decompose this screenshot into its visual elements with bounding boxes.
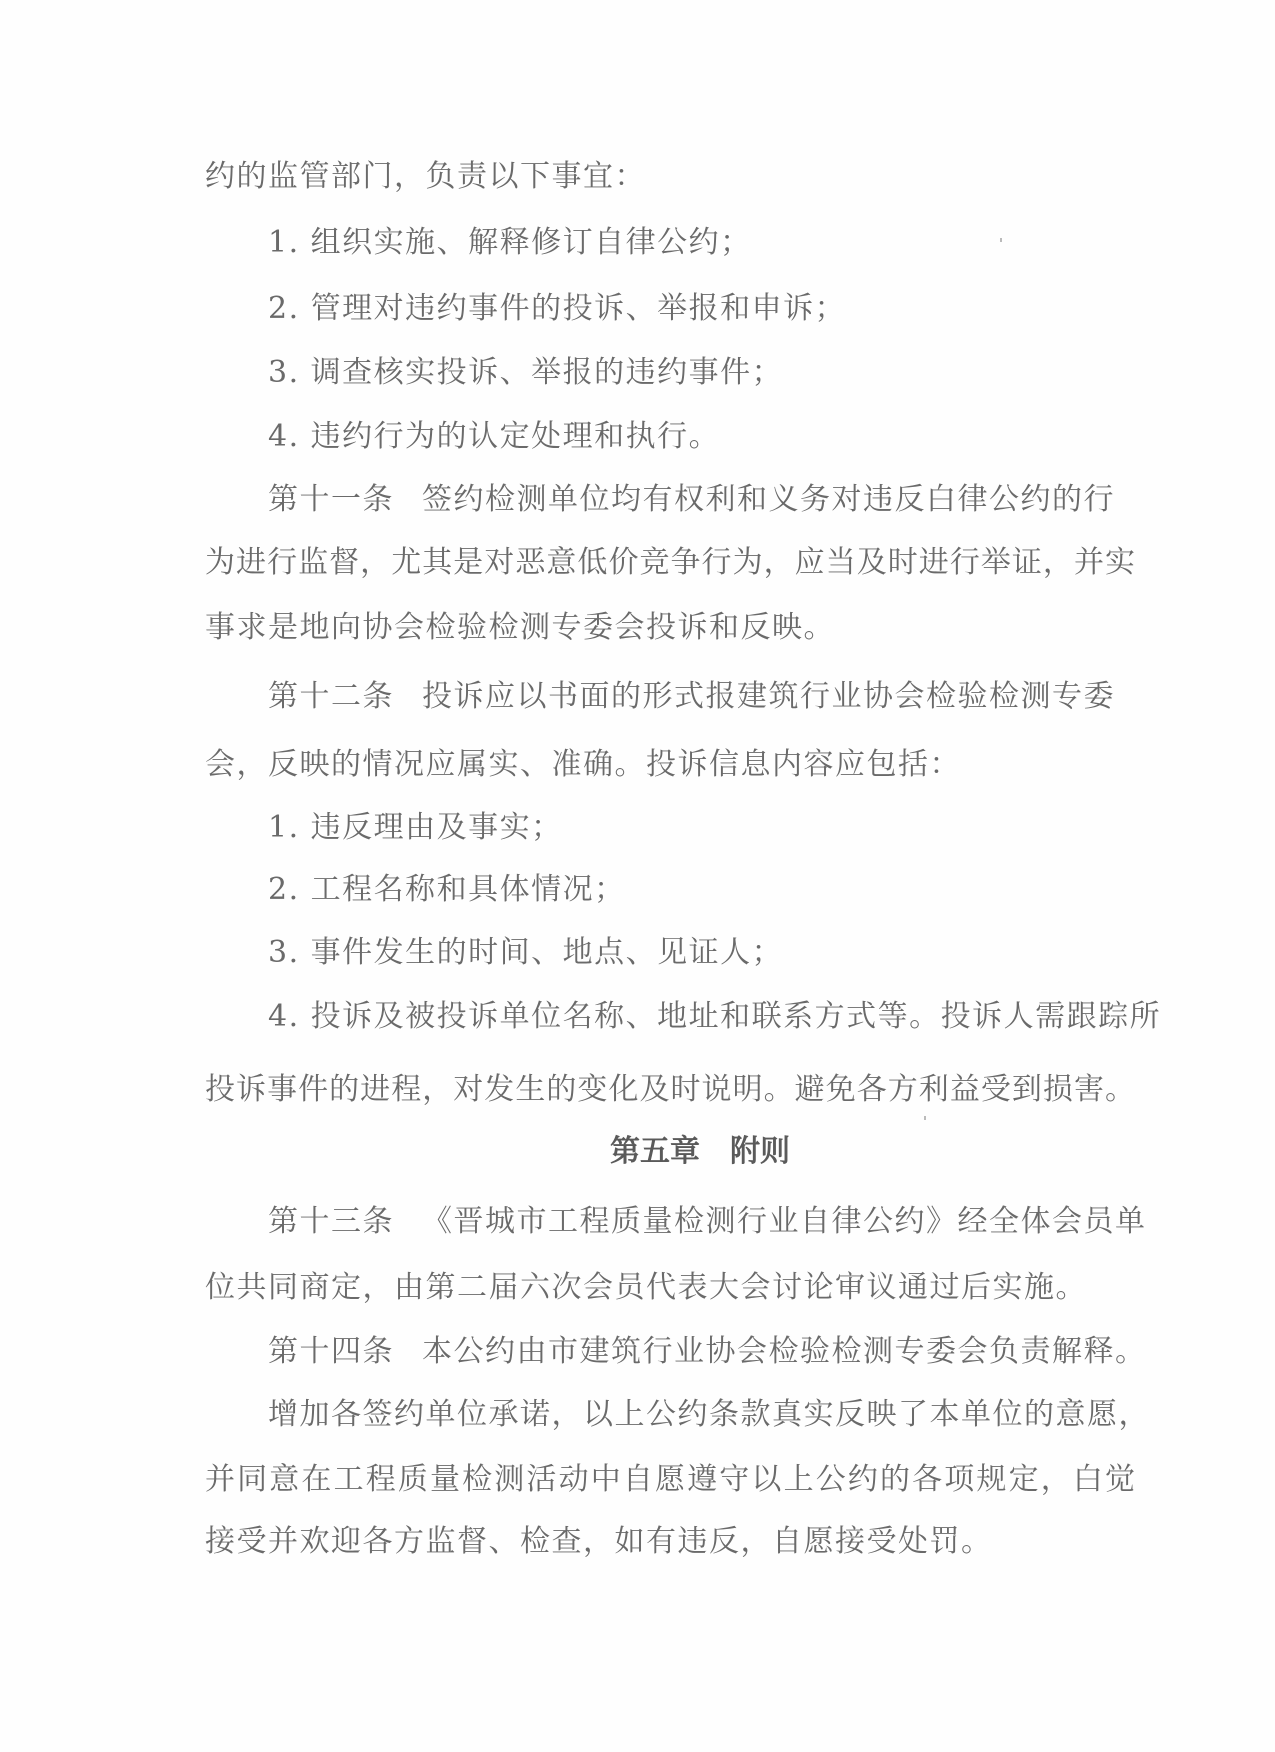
article-12-text: 投诉应以书面的形式报建筑行业协会检验检测专委 xyxy=(422,679,1115,714)
article-13-line-2: 位共同商定，由第二届六次会员代表大会讨论审议通过后实施。 xyxy=(205,1268,1135,1308)
complaint-item-2: 2. 工程名称和具体情况； xyxy=(268,870,1138,910)
article-14-text: 本公约由市建筑行业协会检验检测专委会负责解释。 xyxy=(422,1334,1147,1369)
complaint-item-4: 4. 投诉及被投诉单位名称、地址和联系方式等。投诉人需跟踪所 xyxy=(268,997,1138,1037)
article-13-label: 第十三条 xyxy=(268,1204,394,1239)
complaint-item-4-cont: 投诉事件的进程，对发生的变化及时说明。避免各方利益受到损害。 xyxy=(205,1070,1135,1110)
complaint-item-3: 3. 事件发生的时间、地点、见证人； xyxy=(268,933,1138,973)
article-11-line-3: 事求是地向协会检验检测专委会投诉和反映。 xyxy=(205,608,1135,648)
duty-item-2: 2. 管理对违约事件的投诉、举报和申诉； xyxy=(268,289,1138,329)
article-14-label: 第十四条 xyxy=(268,1334,394,1369)
article-12-line-2: 会，反映的情况应属实、准确。投诉信息内容应包括： xyxy=(205,745,1135,785)
article-14-line-1: 第十四条本公约由市建筑行业协会检验检测专委会负责解释。 xyxy=(268,1332,1138,1372)
article-11-line-2: 为进行监督，尤其是对恶意低价竞争行为，应当及时进行举证，并实 xyxy=(205,543,1135,583)
scanned-document-page: 约的监管部门，负责以下事宜： 1. 组织实施、解释修订自律公约； 2. 管理对违… xyxy=(0,0,1275,1752)
scan-speck xyxy=(1000,238,1002,242)
commitment-line-3: 接受并欢迎各方监督、检查，如有违反，自愿接受处罚。 xyxy=(205,1522,1135,1562)
commitment-line-2: 并同意在工程质量检测活动中自愿遵守以上公约的各项规定，白觉 xyxy=(205,1460,1135,1500)
article-11-text: 签约检测单位均有权利和义务对违反白律公约的行 xyxy=(422,482,1115,517)
commitment-line-1: 增加各签约单位承诺，以上公约条款真实反映了本单位的意愿， xyxy=(268,1395,1138,1435)
article-11-line-1: 第十一条签约检测单位均有权利和义务对违反白律公约的行 xyxy=(268,480,1138,520)
article-11-label: 第十一条 xyxy=(268,482,394,517)
article-13-text: 《晋城市工程质量检测行业自律公约》经全体会员单 xyxy=(422,1204,1147,1239)
duty-item-4: 4. 违约行为的认定处理和执行。 xyxy=(268,417,1138,457)
article-13-line-1: 第十三条《晋城市工程质量检测行业自律公约》经全体会员单 xyxy=(268,1202,1138,1242)
scan-speck xyxy=(924,1116,926,1120)
duty-item-3: 3. 调查核实投诉、举报的违约事件； xyxy=(268,353,1138,393)
duties-intro-line: 约的监管部门，负责以下事宜： xyxy=(205,157,1135,197)
article-12-line-1: 第十二条投诉应以书面的形式报建筑行业协会检验检测专委 xyxy=(268,677,1138,717)
complaint-item-1: 1. 违反理由及事实； xyxy=(268,808,1138,848)
duty-item-1: 1. 组织实施、解释修订自律公约； xyxy=(268,223,1138,263)
chapter-heading: 第五章 附则 xyxy=(560,1132,840,1172)
article-12-label: 第十二条 xyxy=(268,679,394,714)
